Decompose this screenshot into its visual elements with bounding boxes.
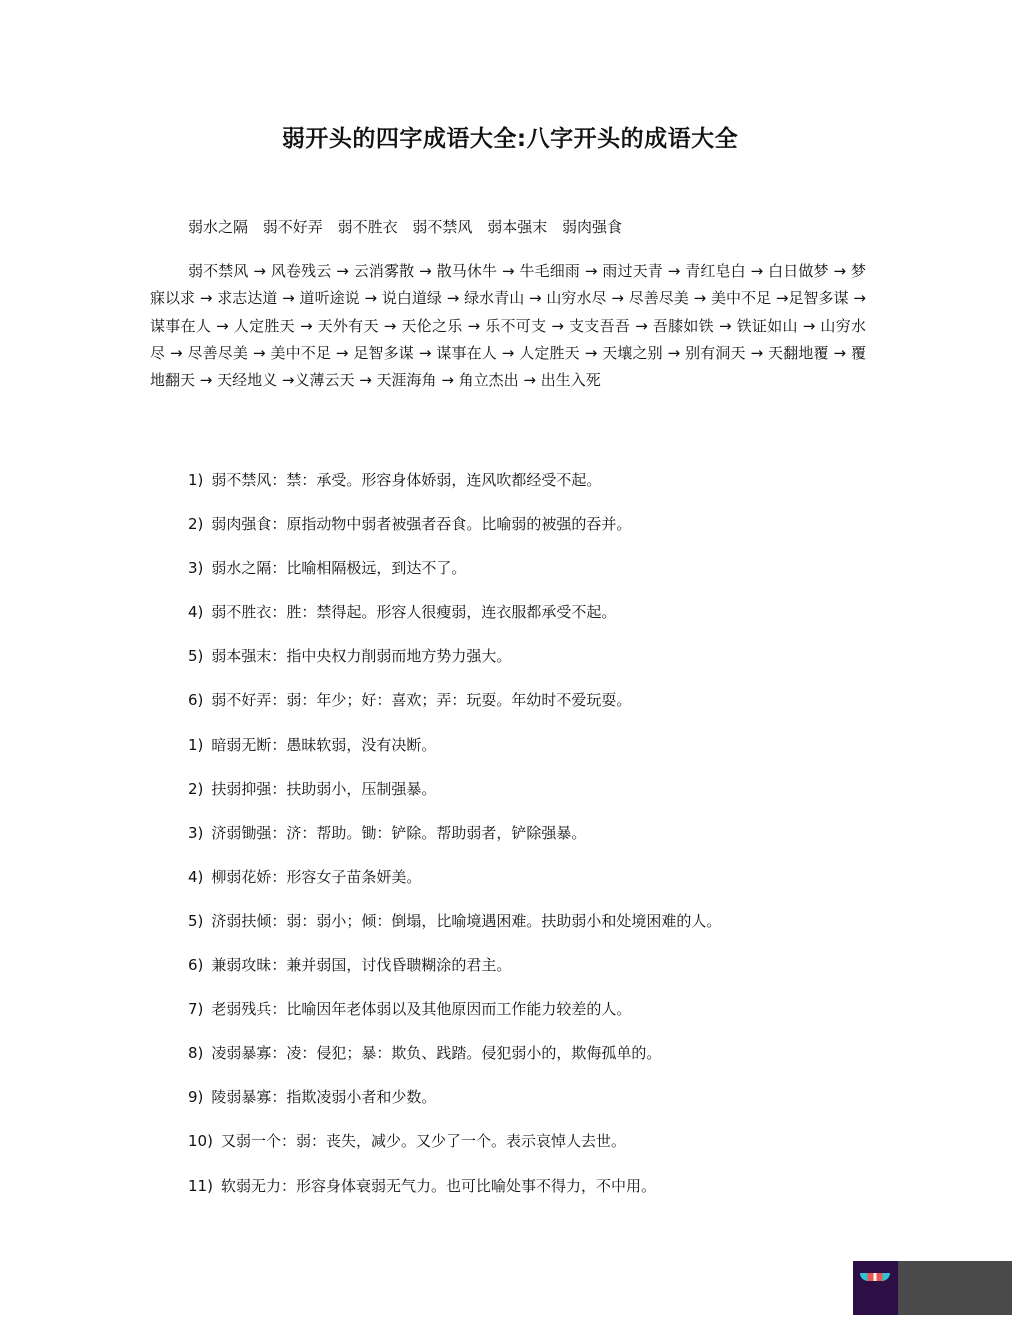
definition-item: 2)弱肉强食：原指动物中弱者被强者吞食。比喻弱的被强的吞并。 [188, 513, 888, 557]
definition-text: 扶弱抑强：扶助弱小，压制强暴。 [211, 780, 436, 798]
definition-item: 4)柳弱花娇：形容女子苗条妍美。 [188, 866, 888, 910]
item-number: 5) [188, 912, 203, 930]
definition-text: 弱本强末：指中央权力削弱而地方势力强大。 [211, 647, 511, 665]
definition-item: 6)弱不好弄：弱：年少；好：喜欢；弄：玩耍。年幼时不爱玩耍。 [188, 689, 888, 733]
item-number: 1) [188, 736, 203, 754]
definition-text: 弱水之隔：比喻相隔极远，到达不了。 [211, 559, 466, 577]
definition-list: 1)弱不禁风：禁：承受。形容身体娇弱，连风吹都经受不起。 2)弱肉强食：原指动物… [188, 469, 888, 1219]
definition-text: 又弱一个：弱：丧失，减少。又少了一个。表示哀悼人去世。 [221, 1132, 626, 1150]
definition-item: 6)兼弱攻昧：兼并弱国，讨伐昏聩糊涂的君主。 [188, 954, 888, 998]
item-number: 5) [188, 647, 203, 665]
idiom: 弱不胜衣 [338, 218, 398, 236]
definition-item: 11)软弱无力：形容身体衰弱无气力。也可比喻处事不得力，不中用。 [188, 1175, 888, 1219]
definition-text: 陵弱暴寡：指欺凌弱小者和少数。 [211, 1088, 436, 1106]
definition-item: 5)弱本强末：指中央权力削弱而地方势力强大。 [188, 645, 888, 689]
intro-idioms: 弱水之隔 弱不好弄 弱不胜衣 弱不禁风 弱本强末 弱肉强食 [188, 216, 632, 237]
idiom-chain-paragraph: 弱不禁风 → 风卷残云 → 云消雾散 → 散马休牛 → 牛毛细雨 → 雨过天青 … [150, 258, 866, 394]
item-number: 1) [188, 471, 203, 489]
item-number: 11) [188, 1177, 213, 1195]
definition-text: 凌弱暴寡：凌：侵犯；暴：欺负、践踏。侵犯弱小的，欺侮孤单的。 [211, 1044, 661, 1062]
definition-text: 济弱锄强：济：帮助。锄：铲除。帮助弱者，铲除强暴。 [211, 824, 586, 842]
idiom: 弱本强末 [487, 218, 547, 236]
item-number: 2) [188, 780, 203, 798]
definition-text: 兼弱攻昧：兼并弱国，讨伐昏聩糊涂的君主。 [211, 956, 511, 974]
definition-item: 2)扶弱抑强：扶助弱小，压制强暴。 [188, 778, 888, 822]
item-number: 10) [188, 1132, 213, 1150]
item-number: 3) [188, 559, 203, 577]
definition-text: 弱不禁风：禁：承受。形容身体娇弱，连风吹都经受不起。 [211, 471, 601, 489]
item-number: 2) [188, 515, 203, 533]
idiom: 弱不禁风 [412, 218, 472, 236]
item-number: 3) [188, 824, 203, 842]
definition-text: 软弱无力：形容身体衰弱无气力。也可比喻处事不得力，不中用。 [221, 1177, 656, 1195]
definition-item: 5)济弱扶倾：弱：弱小；倾：倒塌，比喻境遇困难。扶助弱小和处境困难的人。 [188, 910, 888, 954]
definition-text: 弱不好弄：弱：年少；好：喜欢；弄：玩耍。年幼时不爱玩耍。 [211, 691, 631, 709]
definition-text: 济弱扶倾：弱：弱小；倾：倒塌，比喻境遇困难。扶助弱小和处境困难的人。 [211, 912, 721, 930]
definition-item: 9)陵弱暴寡：指欺凌弱小者和少数。 [188, 1086, 888, 1130]
definition-text: 暗弱无断：愚昧软弱，没有决断。 [211, 736, 436, 754]
definition-item: 1)暗弱无断：愚昧软弱，没有决断。 [188, 734, 888, 778]
badge-panel [898, 1261, 1012, 1315]
definition-text: 弱肉强食：原指动物中弱者被强者吞食。比喻弱的被强的吞并。 [211, 515, 631, 533]
item-number: 4) [188, 868, 203, 886]
item-number: 4) [188, 603, 203, 621]
definition-text: 弱不胜衣：胜：禁得起。形容人很瘦弱，连衣服都承受不起。 [211, 603, 616, 621]
definition-item: 1)弱不禁风：禁：承受。形容身体娇弱，连风吹都经受不起。 [188, 469, 888, 513]
idiom: 弱水之隔 [188, 218, 248, 236]
item-number: 7) [188, 1000, 203, 1018]
definition-item: 10)又弱一个：弱：丧失，减少。又少了一个。表示哀悼人去世。 [188, 1130, 888, 1174]
page-title: 弱开头的四字成语大全:八字开头的成语大全 [0, 120, 1020, 153]
definition-item: 3)济弱锄强：济：帮助。锄：铲除。帮助弱者，铲除强暴。 [188, 822, 888, 866]
definition-item: 4)弱不胜衣：胜：禁得起。形容人很瘦弱，连衣服都承受不起。 [188, 601, 888, 645]
definition-text: 老弱残兵：比喻因年老体弱以及其他原因而工作能力较差的人。 [211, 1000, 631, 1018]
logo-icon [853, 1261, 898, 1315]
definition-item: 7)老弱残兵：比喻因年老体弱以及其他原因而工作能力较差的人。 [188, 998, 888, 1042]
item-number: 9) [188, 1088, 203, 1106]
definition-text: 柳弱花娇：形容女子苗条妍美。 [211, 868, 421, 886]
logo-stripe-icon [860, 1273, 890, 1281]
item-number: 6) [188, 691, 203, 709]
idiom: 弱不好弄 [263, 218, 323, 236]
item-number: 8) [188, 1044, 203, 1062]
item-number: 6) [188, 956, 203, 974]
logo-badge[interactable] [853, 1261, 1012, 1315]
definition-item: 3)弱水之隔：比喻相隔极远，到达不了。 [188, 557, 888, 601]
idiom: 弱肉强食 [562, 218, 622, 236]
definition-item: 8)凌弱暴寡：凌：侵犯；暴：欺负、践踏。侵犯弱小的，欺侮孤单的。 [188, 1042, 888, 1086]
